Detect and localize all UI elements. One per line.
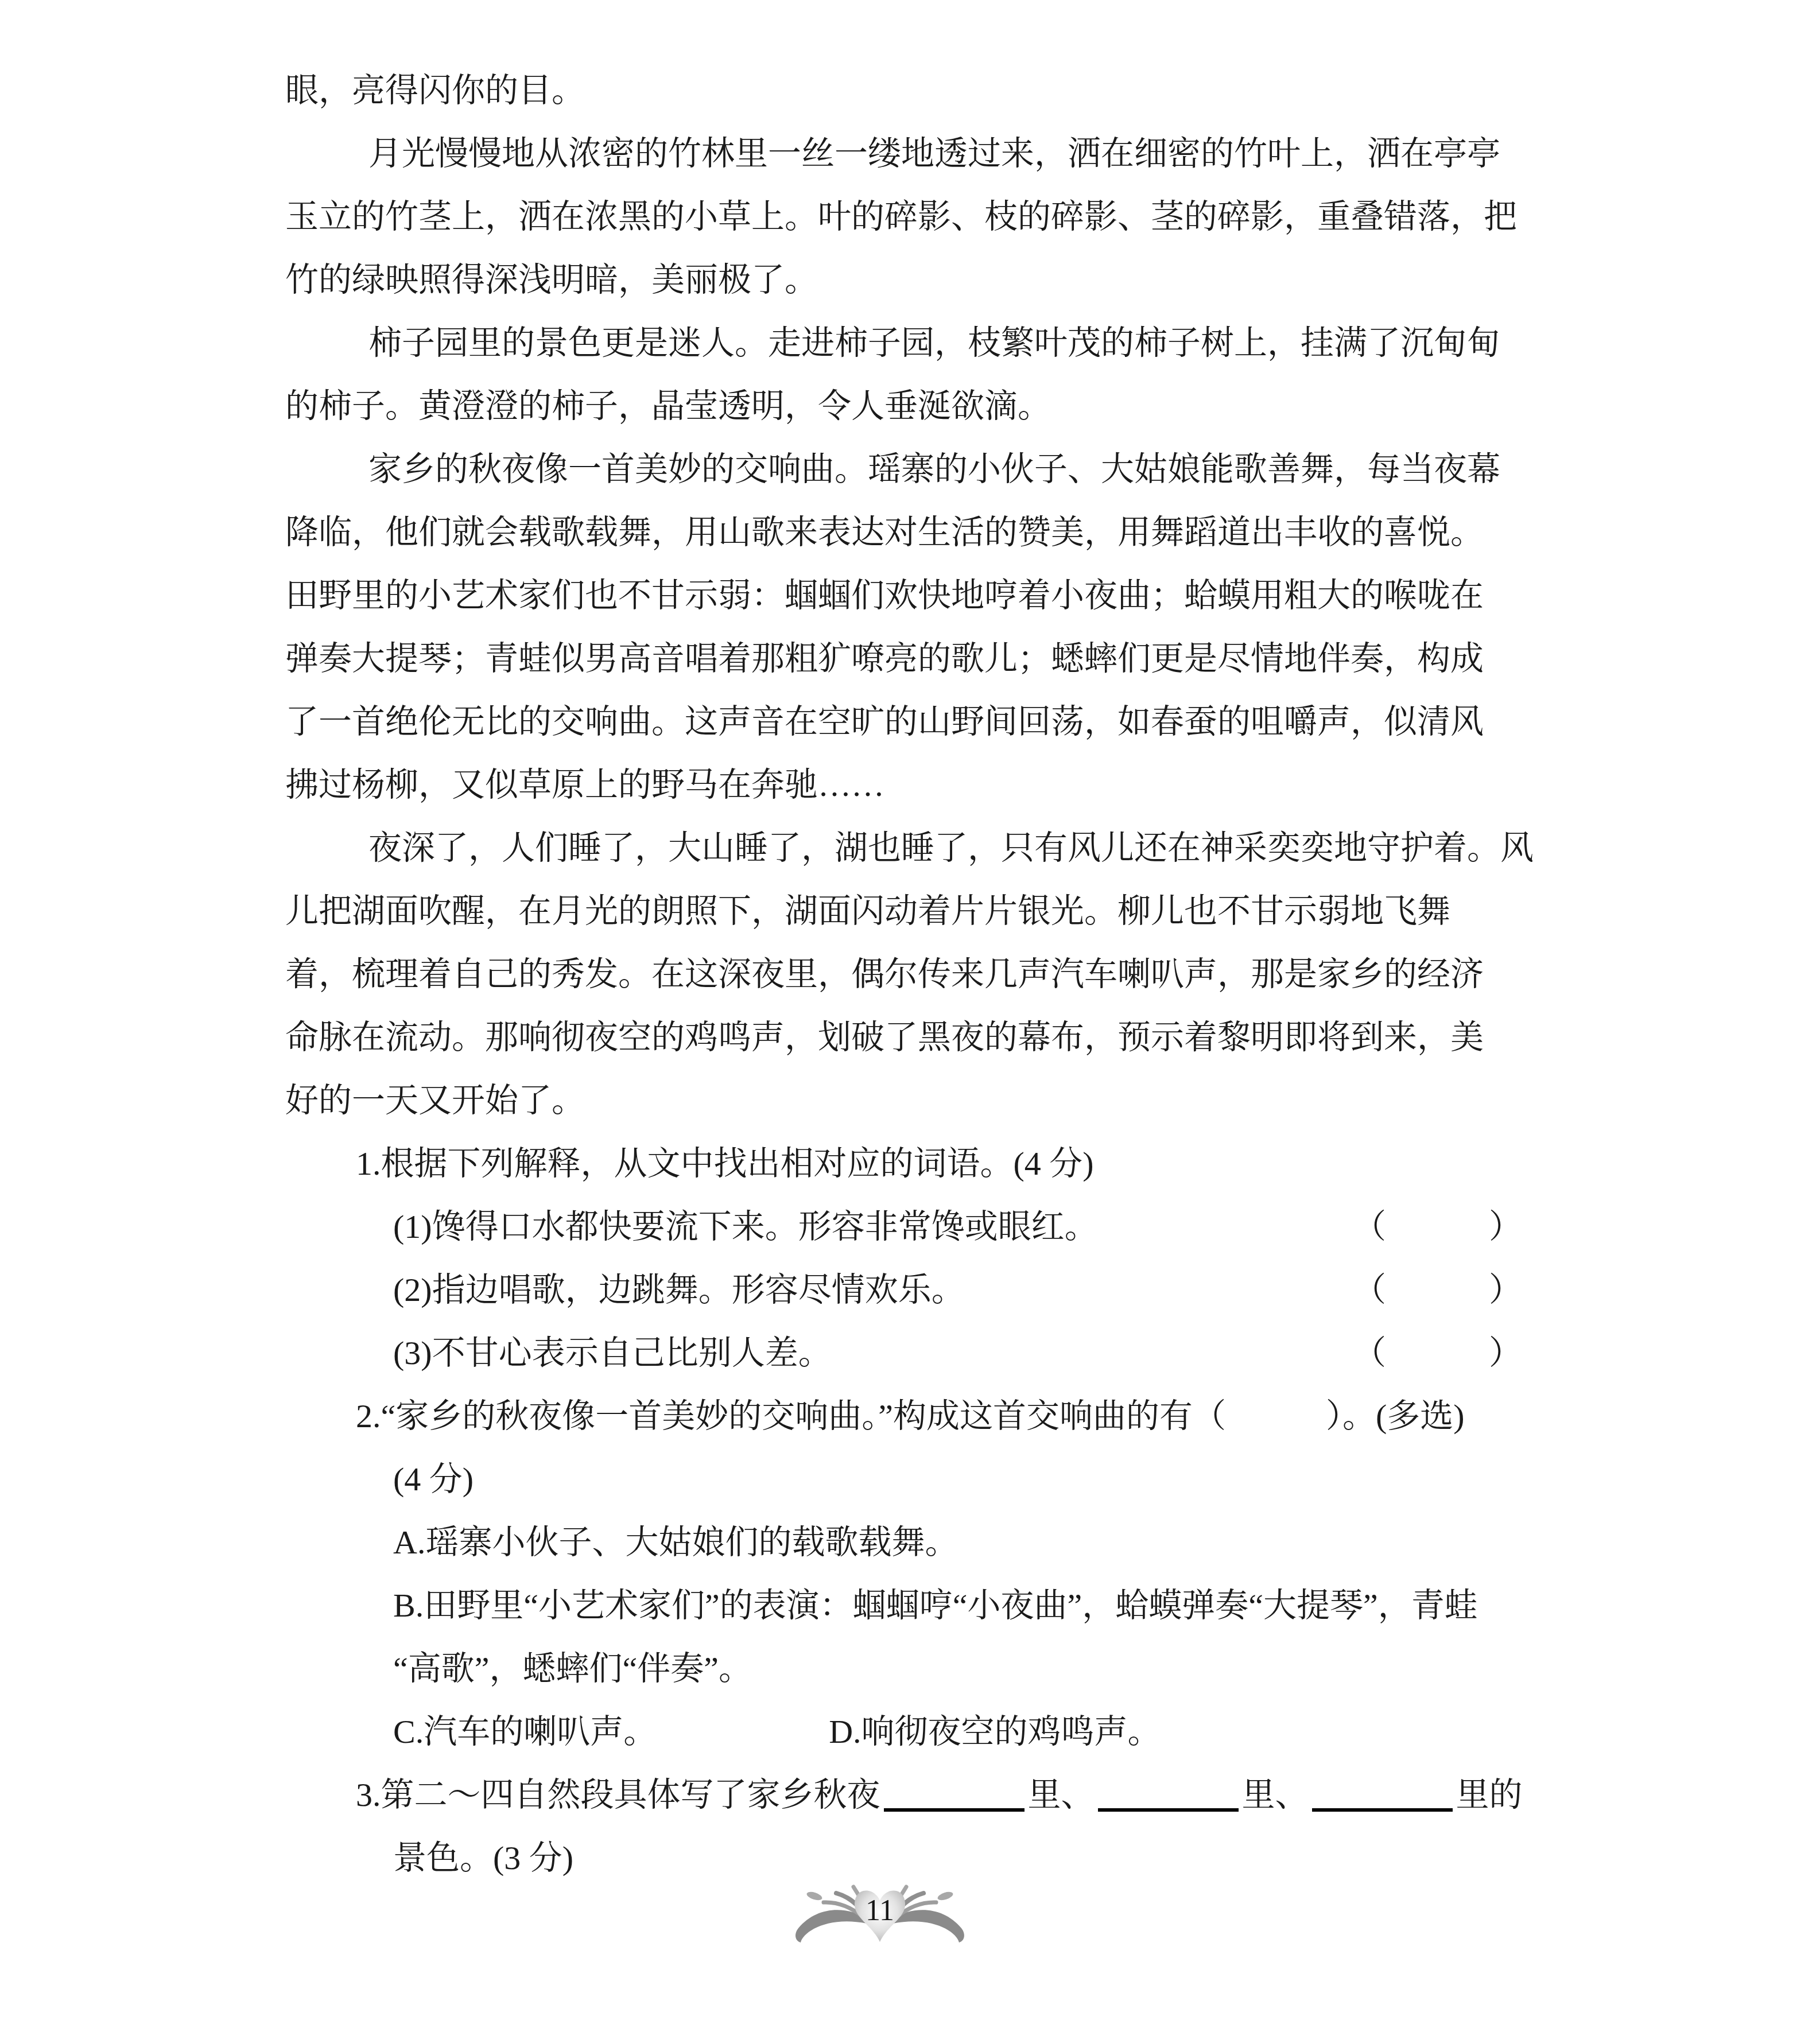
- question-2-option-d: D.响彻夜空的鸡鸣声。: [829, 1713, 1161, 1750]
- question-1-item-1: (1)馋得口水都快要流下来。形容非常馋或眼红。 （ ）: [285, 1195, 1554, 1258]
- passage-line: 月光慢慢地从浓密的竹林里一丝一缕地透过来，洒在细密的竹叶上，洒在亭亭: [285, 122, 1554, 185]
- answer-bracket-field: （ ）: [1353, 1322, 1522, 1385]
- passage-line: 了一首绝伦无比的交响曲。这声音在空旷的山野间回荡，如春蚕的咀嚼声，似清风: [285, 690, 1554, 753]
- passage-line: 弹奏大提琴；青蛙似男高音唱着那粗犷嘹亮的歌儿；蟋蟀们更是尽情地伴奏，构成: [285, 627, 1554, 690]
- passage-line: 竹的绿映照得深浅明暗，美丽极了。: [285, 248, 1554, 312]
- question-1-item-3: (3)不甘心表示自己比别人差。 （ ）: [285, 1322, 1554, 1385]
- ornament-graphic: 11: [777, 1883, 983, 1955]
- question-1-item-1-text: (1)馋得口水都快要流下来。形容非常馋或眼红。: [393, 1195, 1098, 1258]
- answer-paren-close: ）: [1489, 1195, 1522, 1258]
- passage-line: 玉立的竹茎上，洒在浓黑的小草上。叶的碎影、枝的碎影、茎的碎影，重叠错落，把: [285, 185, 1554, 248]
- answer-paren-close: ）: [1489, 1322, 1522, 1385]
- question-1-item-3-text: (3)不甘心表示自己比别人差。: [393, 1322, 832, 1385]
- question-3-seg1: 里、: [1028, 1776, 1095, 1813]
- answer-bracket-field: （ ）: [1353, 1258, 1522, 1322]
- question-1-item-2: (2)指边唱歌，边跳舞。形容尽情欢乐。 （ ）: [285, 1258, 1554, 1322]
- page-number: 11: [866, 1894, 894, 1927]
- passage-line: 的柿子。黄澄澄的柿子，晶莹透明，令人垂涎欲滴。: [285, 375, 1554, 438]
- passage-line: 家乡的秋夜像一首美妙的交响曲。瑶寨的小伙子、大姑娘能歌善舞，每当夜幕: [285, 438, 1554, 501]
- question-2-option-c: C.汽车的喇叭声。: [393, 1713, 657, 1750]
- page-ornament: 11: [777, 1883, 983, 1955]
- question-3-stem: 3.第二～四自然段具体写了家乡秋夜里、里、里的: [285, 1763, 1554, 1827]
- fill-in-blank: [1312, 1785, 1453, 1812]
- passage-line: 拂过杨柳，又似草原上的野马在奔驰……: [285, 753, 1554, 817]
- question-2-option-b: B.田野里“小艺术家们”的表演：蝈蝈哼“小夜曲”，蛤蟆弹奏“大提琴”，青蛙: [285, 1574, 1554, 1637]
- worksheet-body: 眼，亮得闪你的目。 月光慢慢地从浓密的竹林里一丝一缕地透过来，洒在细密的竹叶上，…: [285, 59, 1554, 1890]
- passage-line: 命脉在流动。那响彻夜空的鸡鸣声，划破了黑夜的幕布，预示着黎明即将到来，美: [285, 1006, 1554, 1069]
- question-3-prefix: 3.第二～四自然段具体写了家乡秋夜: [356, 1776, 880, 1813]
- answer-paren-open: （: [1353, 1195, 1386, 1258]
- passage-line: 柿子园里的景色更是迷人。走进柿子园，枝繁叶茂的柿子树上，挂满了沉甸甸: [285, 312, 1554, 375]
- question-3-seg2: 里、: [1242, 1776, 1309, 1813]
- question-2-stem: 2.“家乡的秋夜像一首美妙的交响曲。”构成这首交响曲的有（ ）。(多选): [285, 1385, 1554, 1448]
- fill-in-blank: [884, 1785, 1025, 1812]
- passage-line: 降临，他们就会载歌载舞，用山歌来表达对生活的赞美，用舞蹈道出丰收的喜悦。: [285, 501, 1554, 564]
- worksheet-page: 眼，亮得闪你的目。 月光慢慢地从浓密的竹林里一丝一缕地透过来，洒在细密的竹叶上，…: [0, 0, 1820, 2024]
- question-2-points: (4 分): [285, 1448, 1554, 1511]
- fill-in-blank: [1098, 1785, 1239, 1812]
- passage-line: 好的一天又开始了。: [285, 1069, 1554, 1132]
- question-2-option-a: A.瑶寨小伙子、大姑娘们的载歌载舞。: [285, 1511, 1554, 1574]
- answer-bracket-field: （ ）: [1353, 1195, 1522, 1258]
- answer-paren-open: （: [1353, 1258, 1386, 1322]
- question-2-options-cd: C.汽车的喇叭声。D.响彻夜空的鸡鸣声。: [285, 1700, 1554, 1763]
- question-1-item-2-text: (2)指边唱歌，边跳舞。形容尽情欢乐。: [393, 1258, 965, 1322]
- passage-line: 眼，亮得闪你的目。: [285, 59, 1554, 122]
- passage-line: 儿把湖面吹醒，在月光的朗照下，湖面闪动着片片银光。柳儿也不甘示弱地飞舞: [285, 880, 1554, 943]
- passage-line: 着，梳理着自己的秀发。在这深夜里，偶尔传来几声汽车喇叭声，那是家乡的经济: [285, 943, 1554, 1006]
- question-3-cont: 景色。(3 分): [285, 1827, 1554, 1890]
- answer-paren-close: ）: [1489, 1258, 1522, 1322]
- passage-line: 夜深了，人们睡了，大山睡了，湖也睡了，只有风儿还在神采奕奕地守护着。风: [285, 817, 1554, 880]
- question-2-option-b-cont: “高歌”，蟋蟀们“伴奏”。: [285, 1637, 1554, 1700]
- question-1-stem: 1.根据下列解释，从文中找出相对应的词语。(4 分): [285, 1132, 1554, 1195]
- passage-line: 田野里的小艺术家们也不甘示弱：蝈蝈们欢快地哼着小夜曲；蛤蟆用粗大的喉咙在: [285, 564, 1554, 627]
- answer-paren-open: （: [1353, 1322, 1386, 1385]
- question-3-seg3: 里的: [1456, 1776, 1523, 1813]
